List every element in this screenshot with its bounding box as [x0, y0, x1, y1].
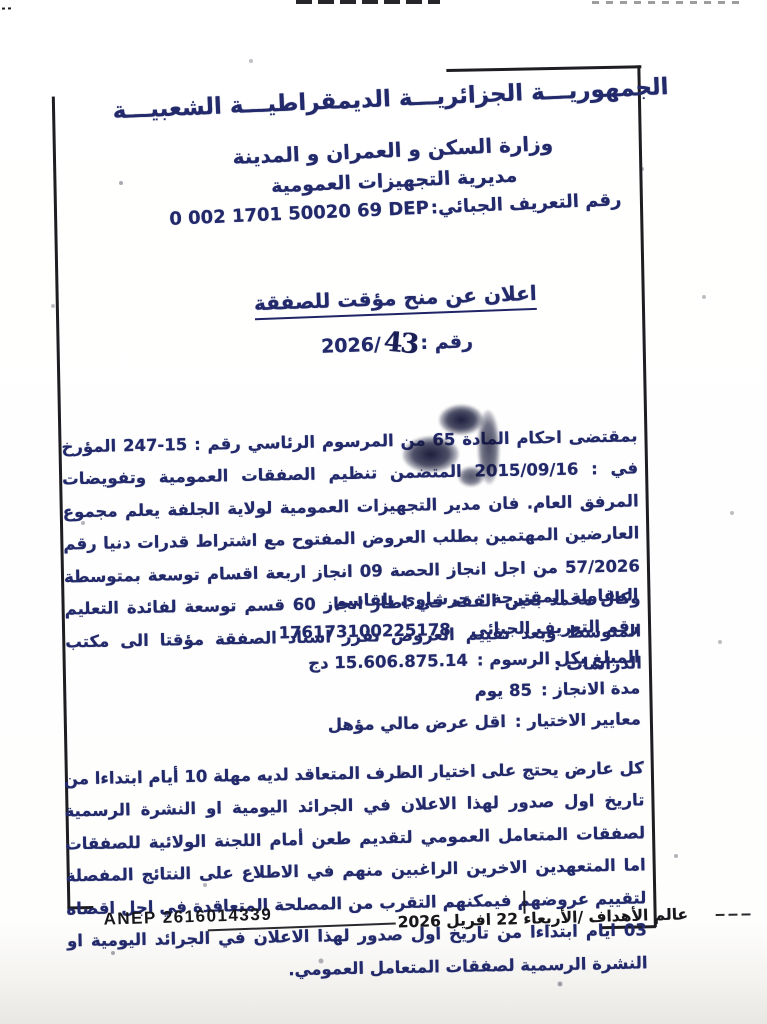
award-details: المقاولة المقترحة :حرشاوي بلقاسم رقم الت…: [278, 579, 641, 741]
document-sheet: الجمهوريـــة الجزائريـــة الديمقراطيـــة…: [0, 0, 767, 1024]
title-block: اعلان عن منح مؤقت للصفقة 2026/ 43 رقم :: [155, 277, 637, 366]
tax-id-value: 0 002 1701 50020 69 DEP: [169, 198, 429, 230]
detail-label: معايير الاختيار :: [515, 709, 641, 730]
contract-number-label: رقم :: [420, 330, 473, 354]
contract-number-line: 2026/ 43 رقم :: [157, 317, 638, 366]
detail-value: 85 يوم: [474, 680, 532, 700]
announcement-title: اعلان عن منح مؤقت للصفقة: [254, 281, 538, 320]
frame-top-border-dots: [0, 7, 12, 9]
tax-id-label: رقم التعريف الجبائي:: [430, 189, 622, 218]
document-header: الجمهوريـــة الجزائريـــة الديمقراطيـــة…: [110, 74, 675, 232]
objection-paragraph: كل عارض يحتج على اختيار الطرف المتعاقد ل…: [64, 752, 648, 991]
contract-number-year: 2026/: [321, 334, 382, 358]
detail-label: رقم التعريف الجبائي: [471, 616, 640, 638]
frame-top-border: [446, 65, 641, 71]
detail-label: مدة الانجاز :: [541, 678, 641, 699]
detail-row-criteria: معايير الاختيار :اقل عرض مالي مؤهل: [280, 703, 641, 741]
detail-value: 176173100225178: [278, 620, 451, 642]
detail-value: حرشاوي بلقاسم: [334, 589, 470, 611]
detail-value: 15.606.875.14 دج: [308, 651, 468, 673]
detail-label: المبلغ بكل الرسوم :: [477, 647, 640, 669]
stray-mark: [523, 891, 525, 914]
scan-noise-specks: [0, 0, 2, 2]
detail-value: اقل عرض مالي مؤهل: [328, 712, 507, 734]
contract-number-handwritten: 43: [382, 327, 418, 361]
detail-label: المقاولة المقترحة :: [479, 585, 639, 607]
footer-dash-right: [716, 913, 752, 916]
republic-line: الجمهوريـــة الجزائريـــة الديمقراطيـــة…: [110, 74, 671, 124]
scanned-document-page: الجمهوريـــة الجزائريـــة الديمقراطيـــة…: [0, 0, 767, 1024]
